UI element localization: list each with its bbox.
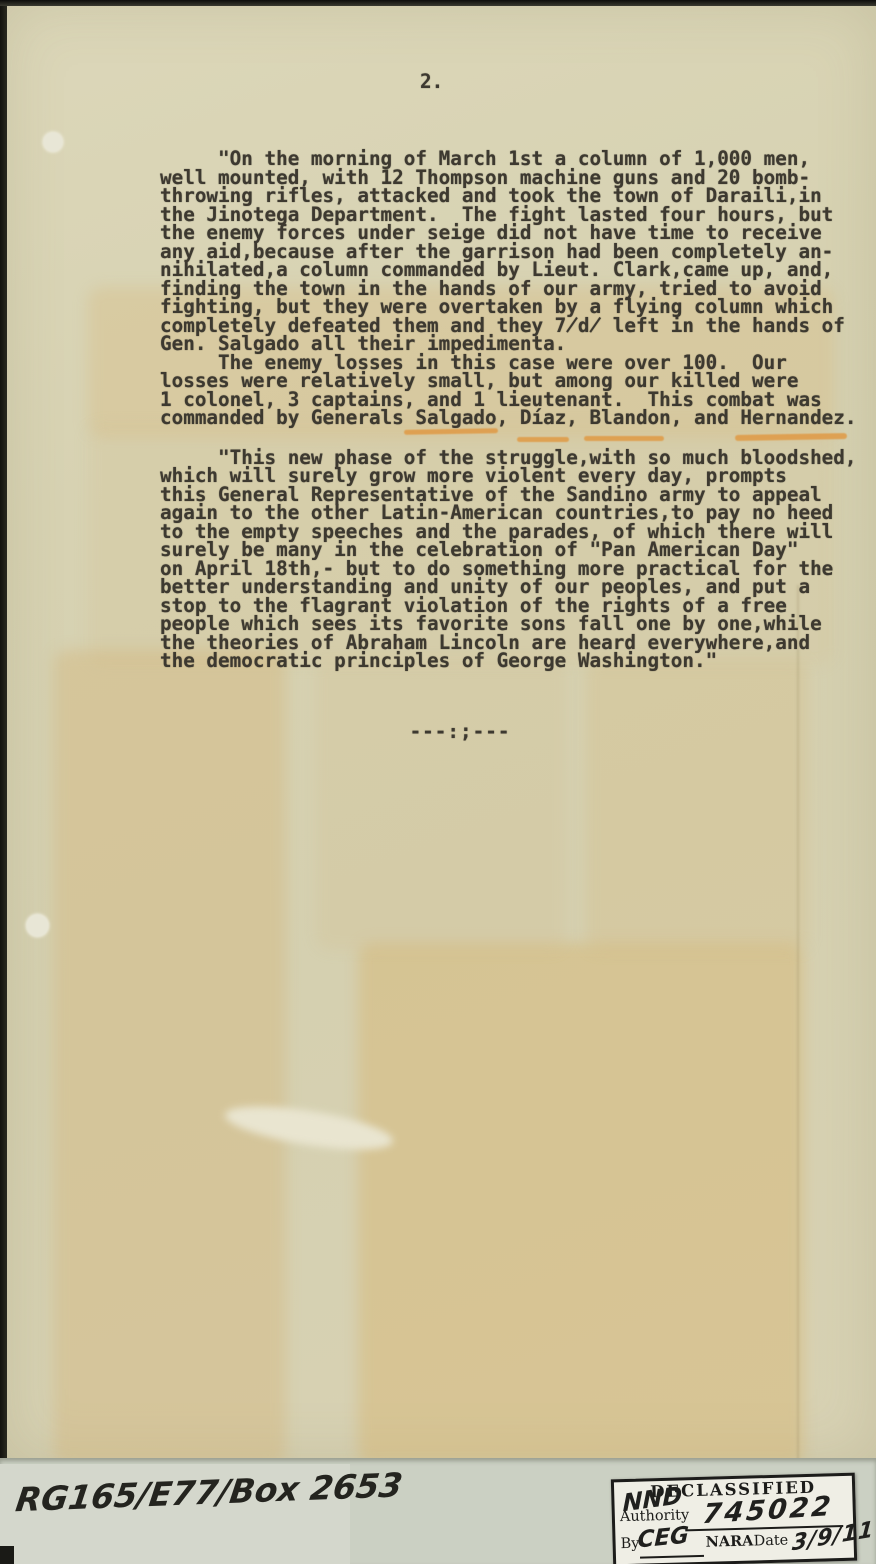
white-smudge bbox=[222, 1098, 395, 1158]
paper-crease bbox=[797, 585, 799, 1463]
stain bbox=[54, 650, 286, 1465]
film-corner bbox=[0, 1546, 14, 1564]
stamp-date-label: Date bbox=[753, 1532, 788, 1549]
paragraph: "This new phase of the struggle,with so … bbox=[160, 449, 860, 671]
paragraph: "On the morning of March 1st a column of… bbox=[160, 150, 860, 428]
stain bbox=[316, 660, 566, 950]
stain bbox=[358, 943, 804, 1465]
stamp-agency: NARA bbox=[705, 1532, 753, 1550]
punch-hole-bottom bbox=[26, 914, 49, 937]
end-separator: ---:;--- bbox=[160, 720, 760, 743]
typed-line: the democratic principles of George Wash… bbox=[160, 652, 860, 671]
typed-line: commanded by Generals Salgado, Díaz, Bla… bbox=[160, 409, 860, 428]
scanned-document: 2. "On the morning of March 1st a column… bbox=[0, 0, 876, 1564]
film-edge-top bbox=[0, 0, 876, 6]
typed-text: "On the morning of March 1st a column of… bbox=[160, 150, 860, 671]
orange-underline bbox=[517, 437, 569, 442]
punch-hole-top bbox=[43, 132, 63, 152]
orange-underline bbox=[584, 436, 664, 441]
declassified-stamp: DECLASSIFIED Authority NND 745022 By CEG… bbox=[611, 1473, 857, 1564]
handwritten-by-initials: CEG bbox=[637, 1522, 689, 1553]
stamp-by-line bbox=[640, 1555, 704, 1559]
film-edge-left bbox=[0, 0, 7, 1462]
page-number: 2. bbox=[420, 70, 443, 93]
stain bbox=[586, 660, 808, 950]
